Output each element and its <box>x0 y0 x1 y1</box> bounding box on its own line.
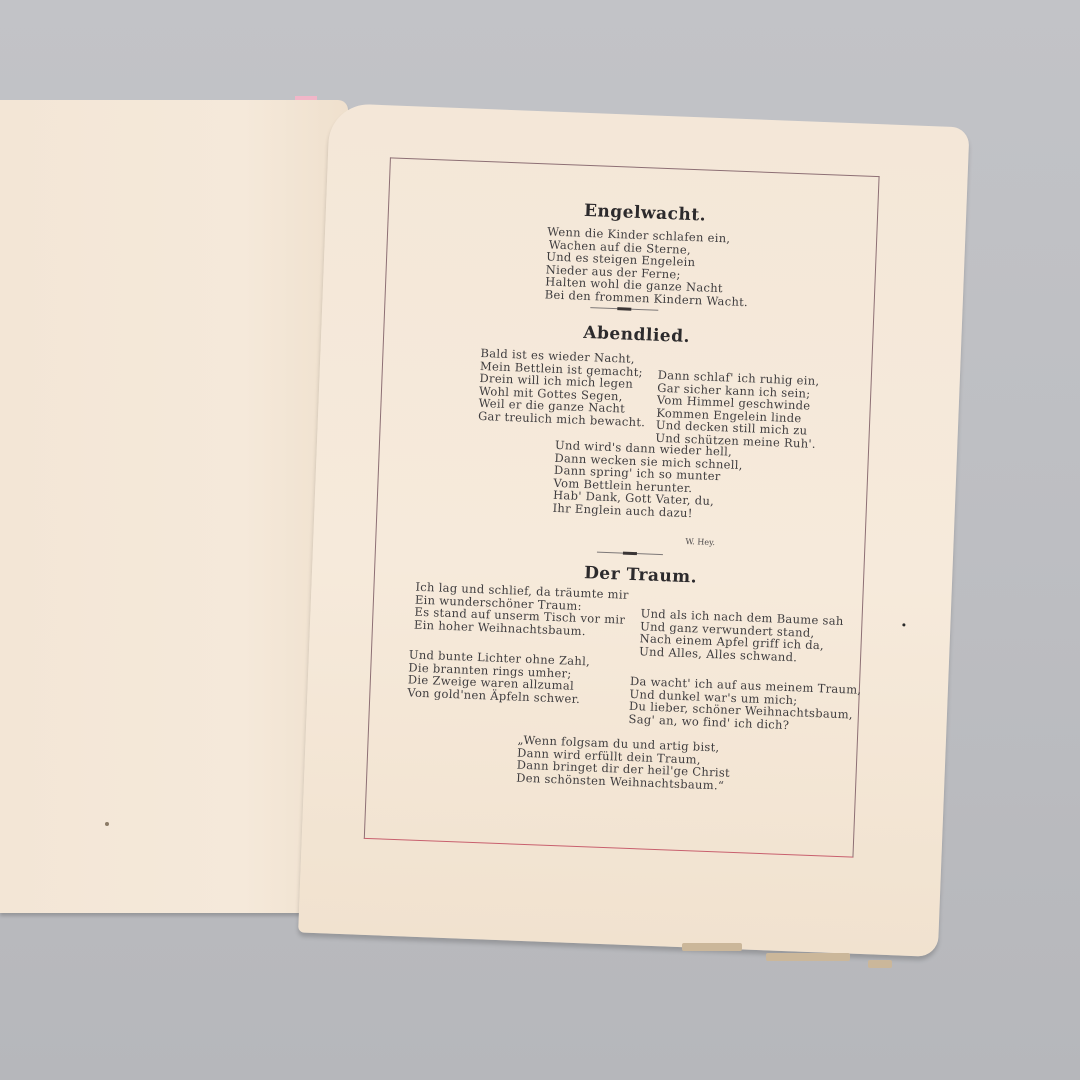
poem-der-traum-stanza-3: Und als ich nach dem Baume sah Und ganz … <box>639 607 844 665</box>
poem-title-der-traum: Der Traum. <box>584 563 698 587</box>
torn-paper-fragment <box>682 943 742 951</box>
poem-abendlied-stanza-2: Dann schlaf' ich ruhig ein, Gar sicher k… <box>655 369 819 450</box>
paper-speck <box>105 822 109 826</box>
poem-engelwacht: Wenn die Kinder schlafen ein, Wachen auf… <box>545 225 751 308</box>
left-page-blank <box>0 100 348 913</box>
poem-der-traum-stanza-5: „Wenn folgsam du und artig bist, Dann wi… <box>516 734 731 792</box>
poem-author-signature: W. Hey. <box>685 537 715 547</box>
torn-paper-fragment <box>766 953 850 961</box>
poem-der-traum-stanza-4: Da wacht' ich auf aus meinem Traum, Und … <box>628 675 861 734</box>
ink-dot <box>902 623 905 626</box>
torn-paper-fragment <box>868 960 892 968</box>
right-page: Engelwacht. Wenn die Kinder schlafen ein… <box>298 103 969 957</box>
poem-abendlied-stanza-3: Und wird's dann wieder hell, Dann wecken… <box>552 439 743 521</box>
poem-title-abendlied: Abendlied. <box>583 323 690 347</box>
poem-der-traum-stanza-2: Und bunte Lichter ohne Zahl, Die brannte… <box>407 648 590 705</box>
poem-der-traum-stanza-1: Ich lag und schlief, da träumte mir Ein … <box>414 581 629 639</box>
poem-abendlied-stanza-1: Bald ist es wieder Nacht, Mein Bettlein … <box>478 347 648 428</box>
